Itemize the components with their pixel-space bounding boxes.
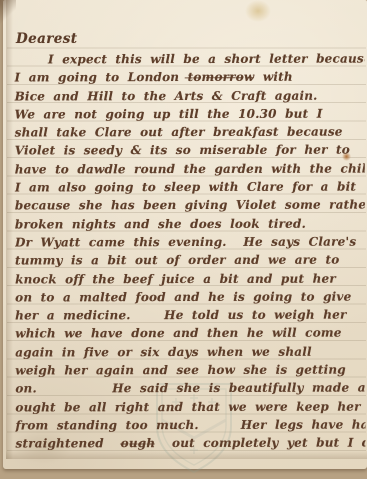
scan-corner-shadow [0,0,16,30]
letter-page: Dearest I expect this will be a short le… [3,0,367,469]
scan-edge-left [6,0,13,459]
paper-stain [245,0,271,22]
letter-salutation: Dearest [16,31,77,47]
scan-edge-bottom [6,451,367,459]
scanned-letter-photo: { "page": { "description": "Scanned hand… [0,0,367,479]
letter-body: I expect this will be a short letter bec… [14,50,365,466]
